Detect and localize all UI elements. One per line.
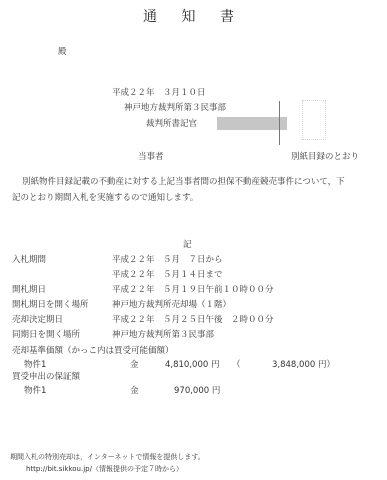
item-value: 神戸地方裁判所第３民事部 (112, 328, 214, 340)
item-label: 入札期間 (12, 253, 46, 265)
item-value: 平成２２年 ５月 ７日から (112, 253, 223, 265)
deposit-row-label: 物件1 (24, 384, 46, 396)
redacted-name (217, 117, 287, 130)
party-value: 別紙目録のとおり (291, 150, 359, 162)
issuer-role: 裁判所書記官 (146, 117, 197, 129)
seal-line (279, 101, 280, 145)
item-label: 開札期日 (12, 283, 46, 295)
issuer-department: 神戸地方裁判所第３民事部 (124, 101, 226, 113)
document-title: 通 知 書 (0, 6, 387, 26)
footer-note: 期間入札の特別売却は，インターネットで情報を提供します。 (10, 452, 205, 462)
item-label: 開札期日を開く場所 (12, 298, 89, 310)
item-value: 平成２２年 ５月２５日午後 ２時００分 (112, 313, 274, 325)
price-row-amount: 4,810,000 円 (165, 358, 219, 370)
price-row-kin: 金 (130, 358, 139, 370)
deposit-row-amount: 970,000 円 (174, 384, 220, 396)
section-heading: 記 (183, 238, 192, 250)
party-label: 当事者 (138, 150, 164, 162)
item-value: 神戸地方裁判所売却場（１階） (112, 298, 231, 310)
price-row-paren: （ (232, 358, 241, 370)
issue-date: 平成２２年 ３月１０日 (112, 86, 206, 98)
deposit-row-kin: 金 (130, 384, 139, 396)
item-value: 平成２２年 ５月１９日午前１０時００分 (112, 283, 274, 295)
price-row-label: 物件1 (24, 358, 46, 370)
deposit-heading: 買受申出の保証額 (12, 370, 80, 382)
item-value: 平成２２年 ５月１４日まで (112, 268, 223, 280)
price-heading: 売却基準価額（かっこ内は買受可能価額） (12, 344, 174, 356)
footer-url: http://bit.sikkou.jp/（情報提供の予定７時から） (26, 464, 183, 474)
body-text-line1: 別紙物件目録記載の不動産に対する上記当事者間の担保不動産競売事件について，下 (22, 175, 345, 187)
item-label: 同期日を開く場所 (12, 328, 80, 340)
item-label: 売却決定期日 (12, 313, 63, 325)
price-row-alt-amount: 3,848,000 円） (272, 358, 335, 370)
body-text-line2: 記のとおり期間入札を実施するので通知します。 (12, 191, 198, 203)
seal-stamp (302, 100, 326, 140)
addressee-suffix: 殿 (58, 45, 67, 57)
